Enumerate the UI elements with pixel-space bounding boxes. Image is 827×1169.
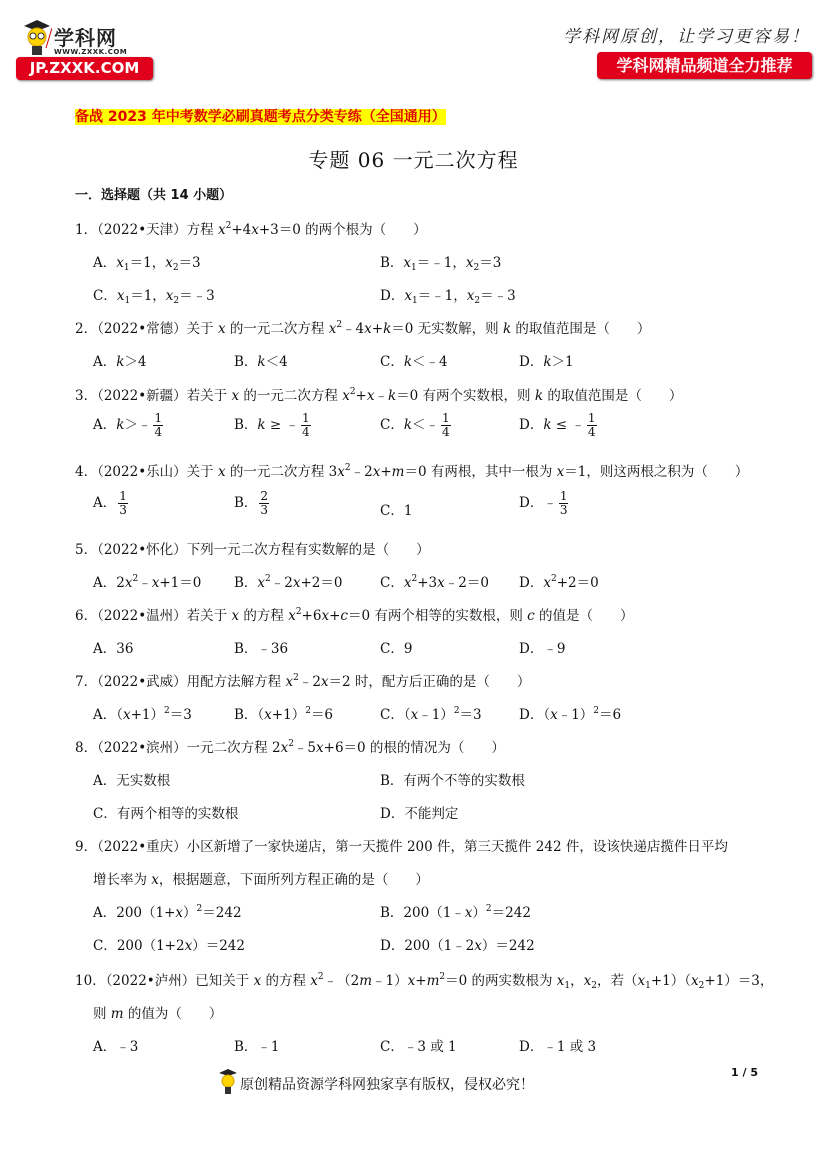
doc-title: 专题 06 一元二次方程	[0, 144, 827, 173]
option-10d[interactable]: D．﹣1 或 3	[519, 1035, 596, 1055]
option-6d[interactable]: D．﹣9	[519, 637, 565, 657]
option-9b[interactable]: B．200（1﹣x）2＝242	[380, 901, 531, 921]
option-8a[interactable]: A．无实数根	[93, 769, 170, 789]
option-5c[interactable]: C．x2+3x﹣2＝0	[380, 571, 489, 591]
question-3: 3．（2022•新疆）若关于 x 的一元二次方程 x2+x﹣k＝0 有两个实数根…	[75, 384, 682, 404]
question-8: 8．（2022•滨州）一元二次方程 2x2﹣5x+6＝0 的根的情况为（ ）	[75, 736, 505, 756]
option-1c[interactable]: C．x1＝1，x2＝﹣3	[93, 284, 215, 304]
option-3d[interactable]: D．k ≤ ﹣14	[519, 412, 599, 439]
option-8d[interactable]: D．不能判定	[380, 802, 458, 822]
question-10-line2: 则 m 的值为（ ）	[93, 1002, 222, 1022]
page-number: 1 / 5	[731, 1066, 758, 1079]
option-9a[interactable]: A．200（1+x）2＝242	[93, 901, 242, 921]
option-6c[interactable]: C．9	[380, 637, 412, 657]
option-2c[interactable]: C．k＜﹣4	[380, 350, 448, 370]
option-5b[interactable]: B．x2﹣2x+2＝0	[234, 571, 343, 591]
option-5a[interactable]: A．2x2﹣x+1＝0	[93, 571, 201, 591]
logo-text: 学科网	[54, 22, 117, 51]
option-10c[interactable]: C．﹣3 或 1	[380, 1035, 457, 1055]
question-5: 5．（2022•怀化）下列一元二次方程有实数解的是（ ）	[75, 538, 430, 558]
option-4a[interactable]: A．13	[93, 490, 130, 517]
option-7c[interactable]: C．（x﹣1）2＝3	[380, 703, 482, 723]
slogan: 学科网原创，让学习更容易！	[560, 22, 810, 47]
series-title: 备战 2023 年中考数学必刷真题考点分类专练（全国通用）	[75, 106, 446, 126]
mascot-icon	[22, 18, 52, 58]
option-3a[interactable]: A．k＞﹣14	[93, 412, 165, 439]
option-1d[interactable]: D．x1＝﹣1，x2＝﹣3	[380, 284, 516, 304]
option-4d[interactable]: D．﹣13	[519, 490, 570, 517]
promo-badge[interactable]: 学科网精品频道全力推荐	[597, 52, 812, 79]
option-4b[interactable]: B．23	[234, 490, 271, 517]
question-9: 9．（2022•重庆）小区新增了一家快递店，第一天揽件 200 件，第三天揽件 …	[75, 835, 728, 855]
footer-copyright: 原创精品资源学科网独家享有版权，侵权必究！	[240, 1074, 534, 1094]
option-2b[interactable]: B．k＜4	[234, 350, 288, 370]
question-4: 4．（2022•乐山）关于 x 的一元二次方程 3x2﹣2x+m＝0 有两根，其…	[75, 460, 748, 480]
question-7: 7．（2022•武威）用配方法解方程 x2﹣2x＝2 时，配方后正确的是（ ）	[75, 670, 530, 690]
logo-url: WWW.ZXXK.COM	[54, 48, 127, 56]
mascot-icon	[218, 1068, 238, 1096]
question-1: 1．（2022•天津）方程 x2+4x+3＝0 的两个根为（ ）	[75, 218, 427, 238]
option-6a[interactable]: A．36	[93, 637, 133, 657]
option-5d[interactable]: D．x2+2＝0	[519, 571, 599, 591]
question-6: 6．（2022•温州）若关于 x 的方程 x2+6x+c＝0 有两个相等的实数根…	[75, 604, 633, 624]
option-1b[interactable]: B．x1＝﹣1，x2＝3	[380, 251, 501, 271]
option-3b[interactable]: B．k ≥ ﹣14	[234, 412, 313, 439]
option-9c[interactable]: C．200（1+2x）＝242	[93, 934, 245, 954]
question-10: 10．（2022•泸州）已知关于 x 的方程 x2﹣（2m﹣1）x+m2＝0 的…	[75, 969, 773, 989]
option-8b[interactable]: B．有两个不等的实数根	[380, 769, 525, 789]
option-7a[interactable]: A．（x+1）2＝3	[93, 703, 192, 723]
option-4c[interactable]: C．1	[380, 499, 412, 519]
jp-zxxk-badge[interactable]: JP.ZXXK.COM	[16, 57, 153, 80]
option-10a[interactable]: A．﹣3	[93, 1035, 138, 1055]
option-2a[interactable]: A．k＞4	[93, 350, 147, 370]
section-title: 一．选择题（共 14 小题）	[75, 184, 232, 203]
option-10b[interactable]: B．﹣1	[234, 1035, 280, 1055]
question-9-line2: 增长率为 x，根据题意，下面所列方程正确的是（ ）	[93, 868, 429, 888]
option-3c[interactable]: C．k＜﹣14	[380, 412, 453, 439]
option-6b[interactable]: B．﹣36	[234, 637, 288, 657]
option-7b[interactable]: B．（x+1）2＝6	[234, 703, 333, 723]
option-8c[interactable]: C．有两个相等的实数根	[93, 802, 238, 822]
question-2: 2．（2022•常德）关于 x 的一元二次方程 x2﹣4x+k＝0 无实数解，则…	[75, 317, 650, 337]
option-9d[interactable]: D．200（1﹣2x）＝242	[380, 934, 535, 954]
option-2d[interactable]: D．k＞1	[519, 350, 574, 370]
option-7d[interactable]: D．（x﹣1）2＝6	[519, 703, 621, 723]
option-1a[interactable]: A．x1＝1，x2＝3	[93, 251, 201, 271]
